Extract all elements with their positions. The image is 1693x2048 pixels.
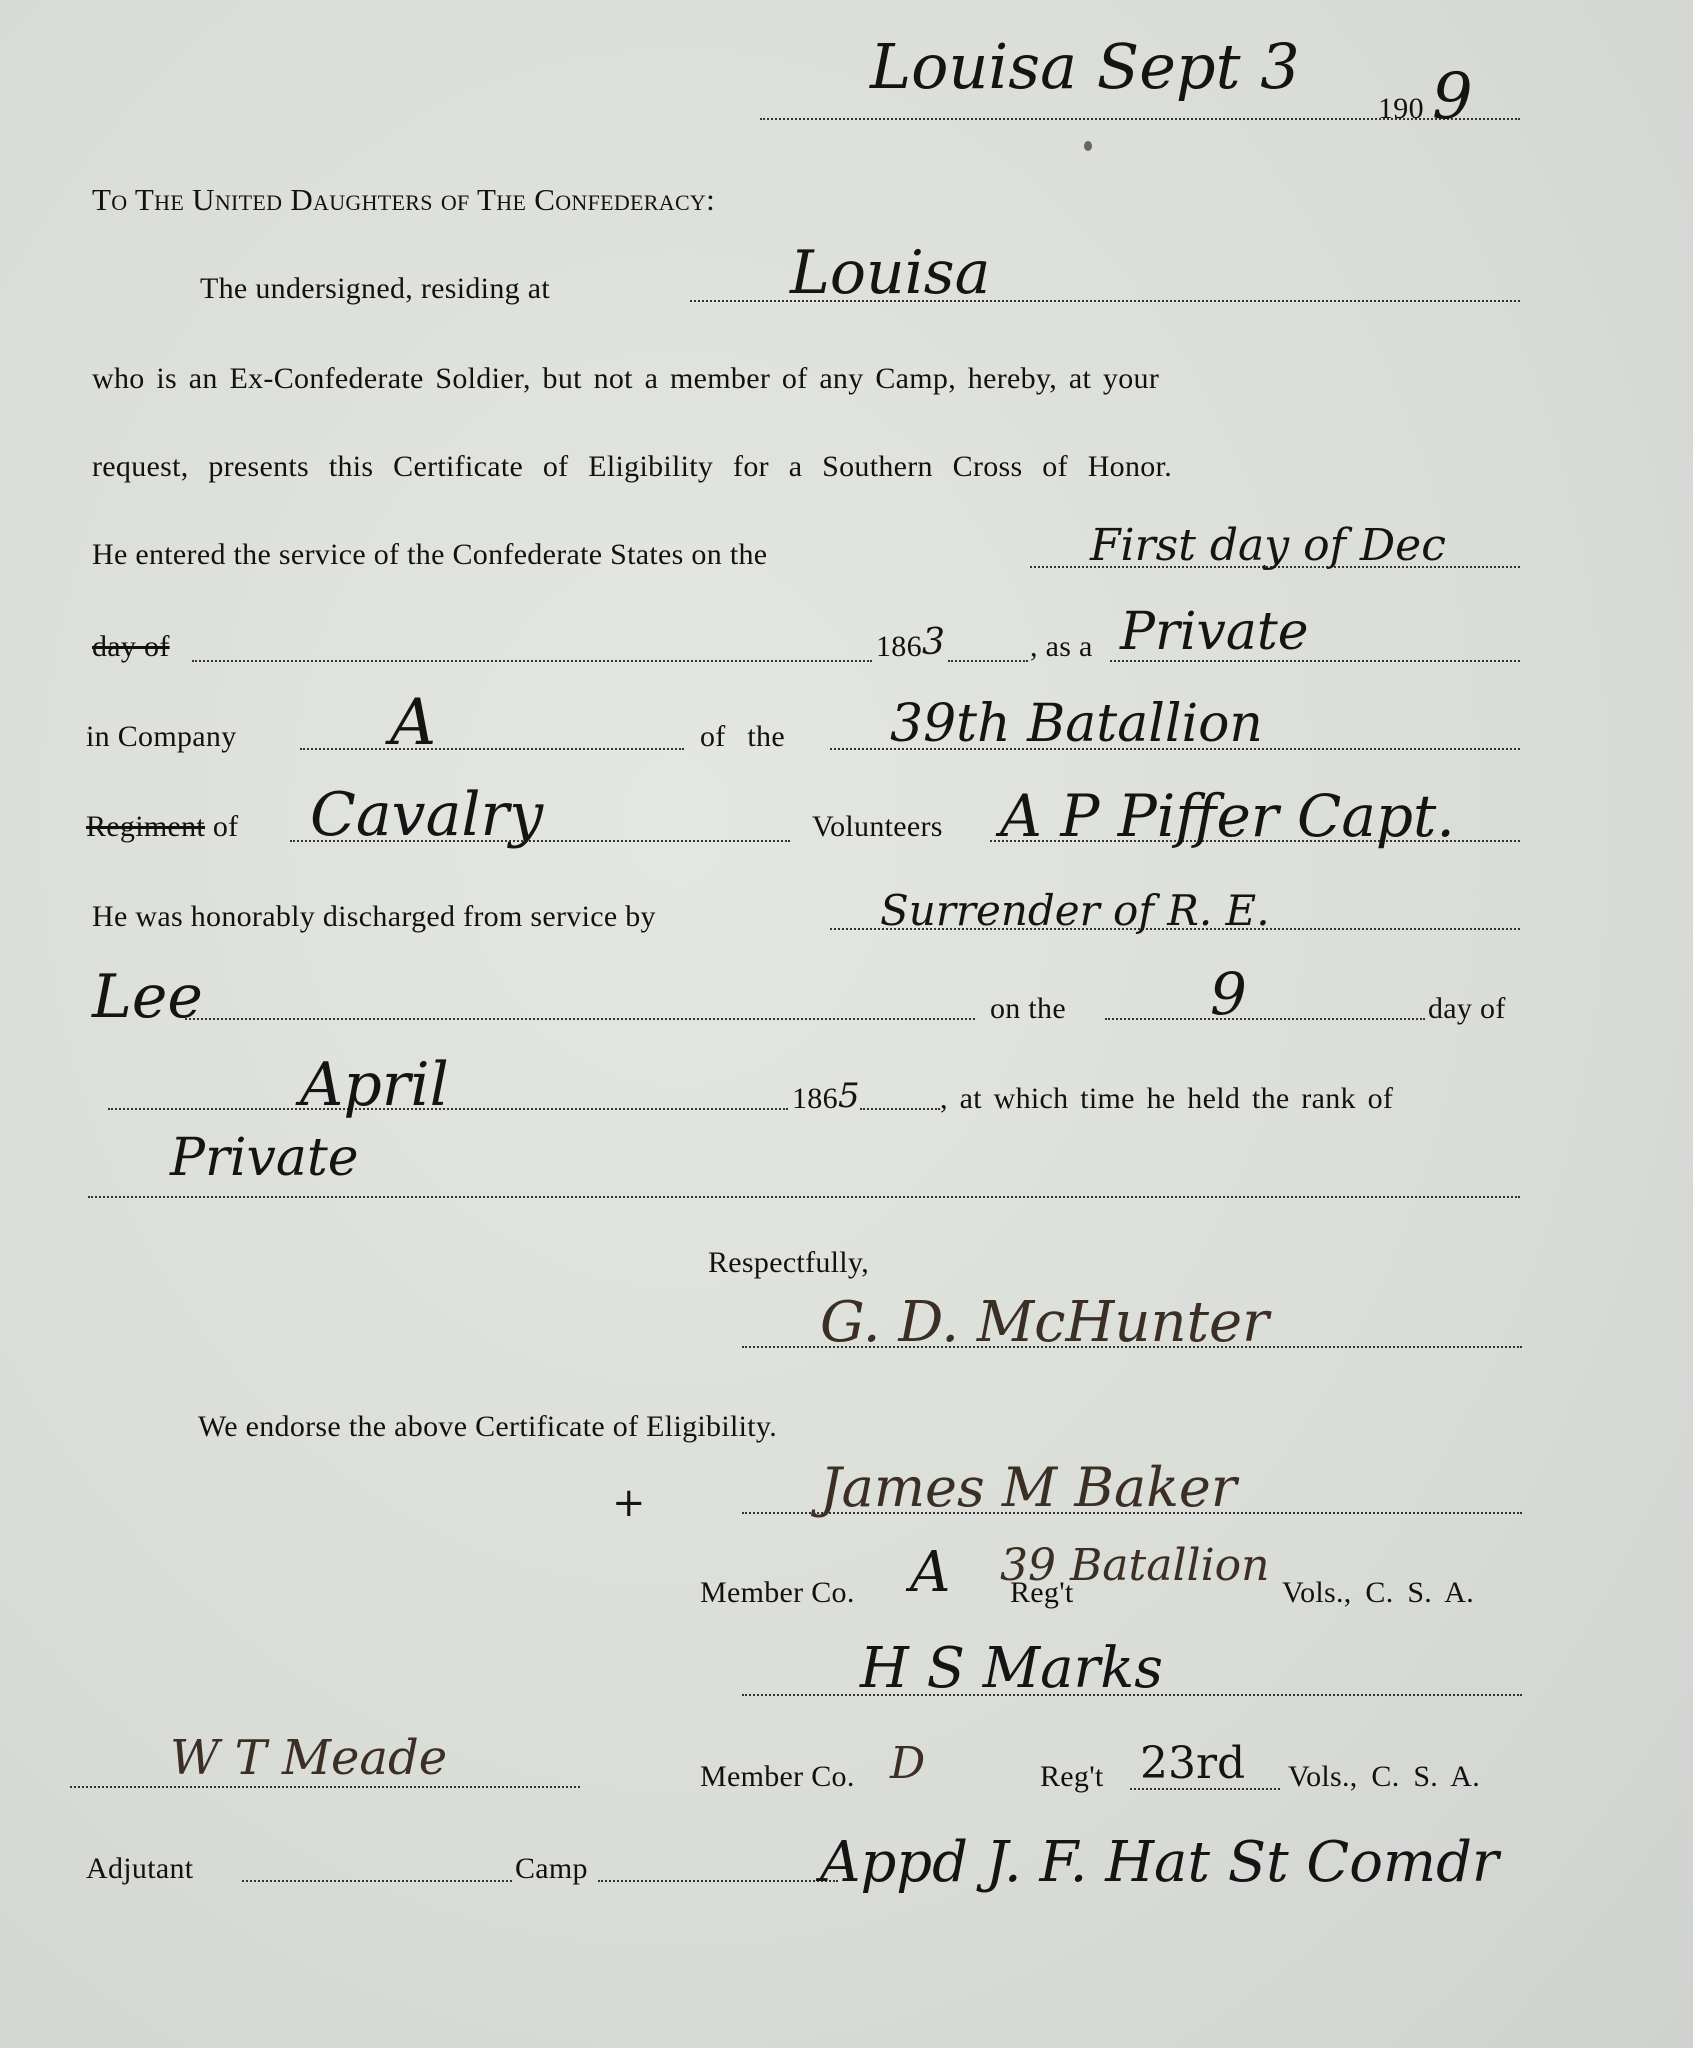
captain-handwritten: A P Piffer Capt. — [1000, 782, 1455, 850]
signature-line — [742, 1346, 1522, 1348]
endorse-statement: We endorse the above Certificate of Elig… — [198, 1410, 777, 1444]
company-label: in Company — [86, 720, 237, 754]
entry-month-line — [192, 660, 872, 662]
member2-regt-handwritten: 23rd — [1140, 1738, 1245, 1789]
entry-rank-handwritten: Private — [1120, 602, 1309, 662]
member1-co-handwritten: A — [910, 1540, 950, 1605]
residence-handwritten: Louisa — [790, 238, 990, 308]
regiment-label: Regiment of — [86, 810, 238, 844]
endorse-mark: + — [612, 1480, 646, 1526]
company-line — [300, 748, 684, 750]
discharge-line-2 — [185, 1018, 975, 1020]
adjutant-line — [242, 1880, 512, 1882]
body-line-2: who is an Ex-Confederate Soldier, but no… — [92, 362, 1159, 396]
year-handwritten: 9 — [1432, 60, 1473, 134]
ink-spot — [1084, 141, 1092, 151]
adjutant-signature: W T Meade — [170, 1730, 447, 1786]
volunteers-label: Volunteers — [812, 810, 943, 844]
camp-line — [598, 1880, 838, 1882]
discharge-day-line — [1105, 1018, 1425, 1020]
day-of-struck: day of — [92, 630, 170, 664]
entry-day-handwritten: First day of Dec — [1090, 520, 1446, 571]
discharge-year-handwritten: 5 — [838, 1076, 860, 1116]
year-printed: 190 — [1378, 92, 1424, 126]
salutation: To The United Daughters of The Confedera… — [92, 182, 715, 218]
endorser2-signature: H S Marks — [860, 1636, 1163, 1701]
of-the-label: of the — [700, 720, 785, 754]
place-date-handwritten: Louisa Sept 3 — [870, 30, 1300, 103]
certificate-page: Louisa Sept 3 190 9 To The United Daught… — [0, 0, 1693, 2048]
discharge-month-handwritten: April — [300, 1050, 449, 1120]
entry-year-line — [948, 660, 1028, 662]
company-handwritten: A — [390, 686, 436, 760]
discharge-day-handwritten: 9 — [1210, 960, 1247, 1028]
discharge-year-line — [860, 1108, 940, 1110]
member2-co-handwritten: D — [890, 1738, 925, 1789]
entry-year-handwritten: 3 — [922, 622, 945, 663]
member2-regt-label: Reg't — [1040, 1760, 1104, 1794]
member2-co-label: Member Co. — [700, 1760, 855, 1794]
respectfully: Respectfully, — [708, 1246, 869, 1280]
member2-vols-label: Vols., C. S. A. — [1288, 1760, 1480, 1794]
endorser2-line — [742, 1694, 1522, 1696]
final-rank-line — [88, 1196, 1520, 1198]
discharge-year-printed: 186 — [792, 1082, 838, 1116]
discharge-handwritten-2: Lee — [92, 962, 203, 1032]
endorser1-signature: James M Baker — [820, 1456, 1237, 1519]
endorser1-line — [742, 1512, 1522, 1514]
approval-handwritten: Appd J. F. Hat St Comdr — [820, 1830, 1499, 1895]
entered-service-label: He entered the service of the Confederat… — [92, 538, 767, 572]
member1-regt-handwritten: 39 Batallion — [1000, 1540, 1270, 1591]
discharge-label: He was honorably discharged from service… — [92, 900, 656, 934]
camp-label: Camp — [515, 1852, 588, 1886]
final-rank-handwritten: Private — [170, 1128, 359, 1188]
adjutant-label: Adjutant — [86, 1852, 193, 1886]
as-a-label: , as a — [1030, 630, 1093, 664]
regiment-struck: Regiment — [86, 810, 205, 843]
member1-vols-label: Vols., C. S. A. — [1282, 1576, 1474, 1610]
unit-handwritten: 39th Batallion — [890, 694, 1263, 754]
adjutant-sig-line — [70, 1786, 580, 1788]
body-line-3: request, presents this Certificate of El… — [92, 450, 1172, 484]
on-the-label: on the — [990, 992, 1066, 1026]
regiment-of: of — [213, 810, 239, 843]
member1-co-label: Member Co. — [700, 1576, 855, 1610]
discharge-handwritten-1: Surrender of R. E. — [880, 886, 1270, 935]
branch-handwritten: Cavalry — [310, 780, 543, 850]
rank-label: , at which time he held the rank of — [940, 1082, 1393, 1116]
day-of-label: day of — [1428, 992, 1506, 1026]
entry-year-printed: 186 — [876, 630, 922, 664]
residing-label: The undersigned, residing at — [200, 272, 550, 306]
